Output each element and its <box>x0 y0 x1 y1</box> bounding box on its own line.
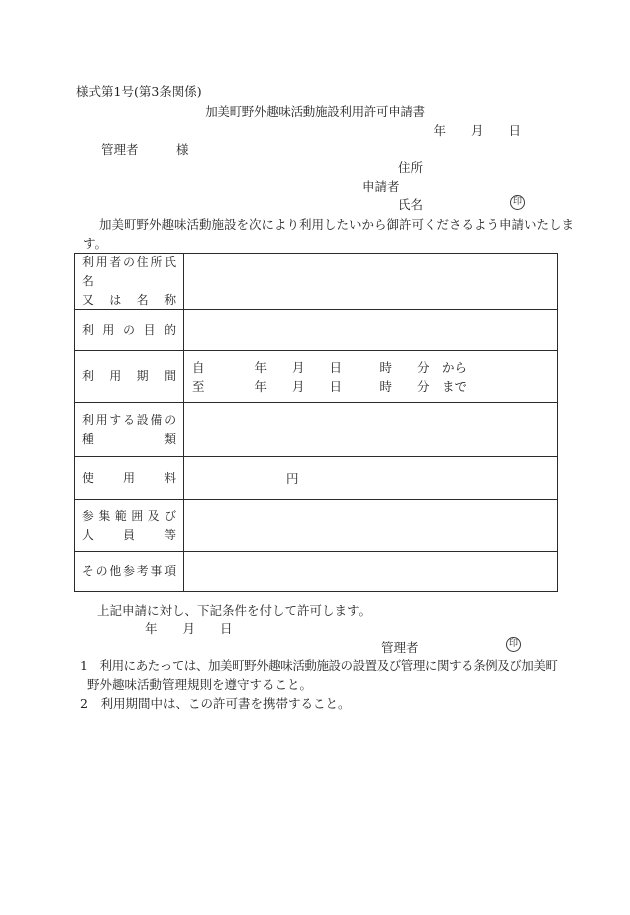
application-form-page: 様式第1号(第3条関係) 加美町野外趣味活動施設利用許可申請書 年 月 日 管理… <box>0 0 630 915</box>
manager-label: 管理者 <box>381 638 419 656</box>
table-row-other-notes: その他参考事項 <box>75 551 557 591</box>
table-cell-value <box>184 254 557 309</box>
intro-paragraph-line-2: す。 <box>83 234 107 252</box>
period-from-line: 自 年 月 日 時 分 から <box>192 358 557 377</box>
seal-icon: 印 <box>506 637 521 652</box>
page-title: 加美町野外趣味活動施設利用許可申請書 <box>0 102 630 120</box>
table-cell-label: 利用者の住所氏名 又は名称 <box>75 254 184 309</box>
table-cell-label: 使用料 <box>75 457 184 499</box>
table-cell-value <box>184 552 557 591</box>
seal-icon: 印 <box>510 195 525 210</box>
applicant-label: 申請者 <box>362 177 400 195</box>
application-table: 利用者の住所氏名 又は名称 利用の目的 利用期間 自 年 月 日 時 分 から … <box>74 253 558 592</box>
table-row-purpose: 利用の目的 <box>75 309 557 350</box>
application-date-line: 年 月 日 <box>433 121 521 139</box>
form-number: 様式第1号(第3条関係) <box>76 82 202 100</box>
table-cell-label: 利用の目的 <box>75 310 184 350</box>
condition-2-line-1: 2 利用期間中は、この許可書を携帯すること。 <box>80 694 350 712</box>
table-cell-label: 利用する設備の 種類 <box>75 403 184 456</box>
table-cell-label: その他参考事項 <box>75 552 184 591</box>
fee-unit-label: 円 <box>192 469 557 488</box>
table-cell-value <box>184 500 557 551</box>
table-cell-value <box>184 310 557 350</box>
condition-1-line-2: 野外趣味活動管理規則を遵守すること。 <box>87 675 312 693</box>
addressee-line: 管理者 様 <box>101 140 189 158</box>
permit-statement: 上記申請に対し、下記条件を付して許可します。 <box>97 601 371 619</box>
name-label: 氏名 <box>398 195 423 213</box>
table-cell-value: 自 年 月 日 時 分 から 至 年 月 日 時 分 まで <box>184 351 557 402</box>
table-cell-label: 参集範囲及び 人員等 <box>75 500 184 551</box>
condition-1-line-1: 1 利用にあたっては、加美町野外趣味活動施設の設置及び管理に関する条例及び加美町 <box>80 656 557 674</box>
table-row-period: 利用期間 自 年 月 日 時 分 から 至 年 月 日 時 分 まで <box>75 350 557 402</box>
table-row-attendees: 参集範囲及び 人員等 <box>75 499 557 551</box>
table-cell-value: 円 <box>184 457 557 499</box>
table-cell-value <box>184 403 557 456</box>
permit-date-line: 年 月 日 <box>145 619 233 637</box>
intro-paragraph-line-1: 加美町野外趣味活動施設を次により利用したいから御許可くださるよう申請いたしま <box>99 215 574 233</box>
table-row-fee: 使用料 円 <box>75 456 557 499</box>
address-label: 住所 <box>398 158 423 176</box>
table-row-equipment: 利用する設備の 種類 <box>75 402 557 456</box>
seal-character: 印 <box>509 640 518 649</box>
period-to-line: 至 年 月 日 時 分 まで <box>192 377 557 396</box>
table-cell-label: 利用期間 <box>75 351 184 402</box>
table-row-user-name: 利用者の住所氏名 又は名称 <box>75 254 557 309</box>
seal-character: 印 <box>513 198 522 207</box>
